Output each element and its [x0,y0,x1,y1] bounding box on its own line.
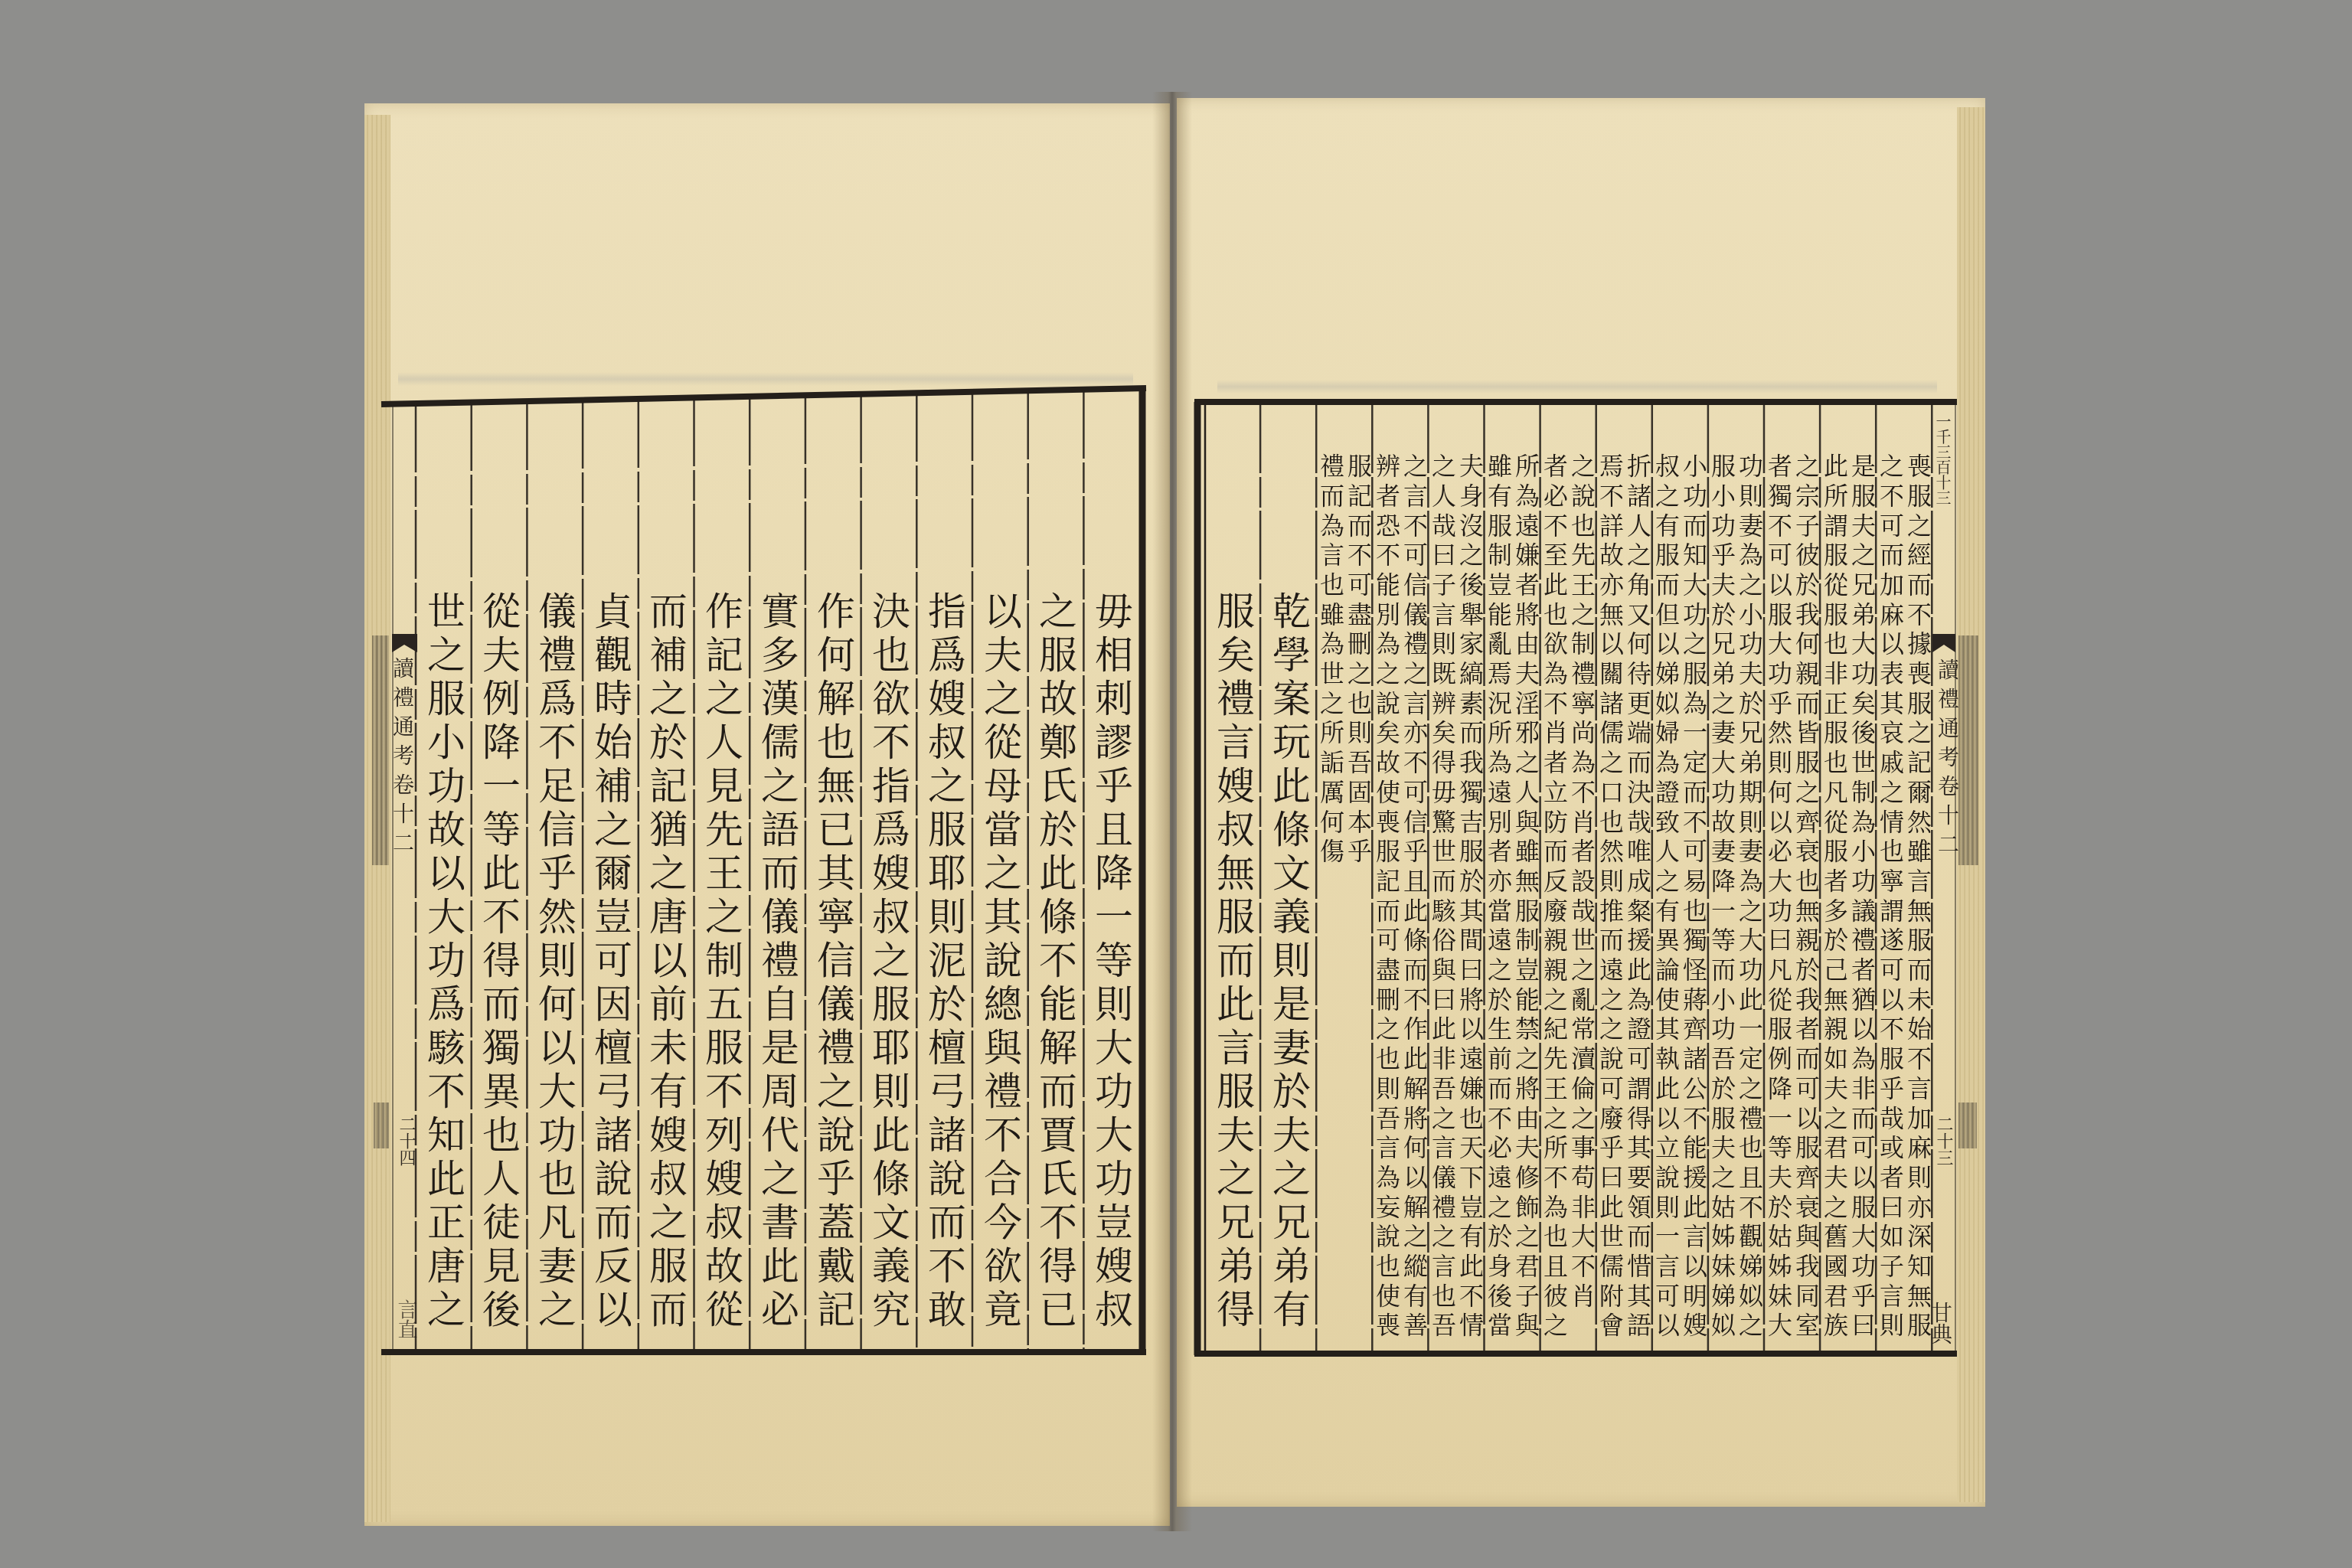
text-column: 毋相刺謬乎且降一等則大功大功豈嫂叔 [1092,591,1130,1333]
small-text-line: 喪服之經而不據喪服之記爾然雖言無服而未始不言加麻則亦深知無服 [1906,453,1930,1342]
text-column: 服矣禮言嫂叔無服而此言服夫之兄弟得 [1214,591,1252,1333]
text-column: 從夫例降一等此不得而獨異也人徒見後 [479,591,518,1333]
small-text-line: 雖有服制豈能亂焉況所為遠別者亦當遠之於生前而不必遠之於身後當 [1486,453,1511,1342]
small-text-line: 是服夫之兄弟大功矣後世制為小功議禮者猶以為非而可以服大功乎曰 [1850,453,1874,1342]
right-page-number: 二十三 [1935,1116,1952,1166]
left-fish-tail-icon [392,634,417,652]
text-column: 儀禮爲不足信乎然則何以大功也凡妻之 [535,591,573,1333]
small-text-line: 折諸人之角又何待更端而決哉唯成粲援此為證可謂得其要領而惜其語 [1625,453,1650,1342]
text-column: 作記之人見先王之制五服不列嫂叔故從 [702,591,740,1333]
right-margin-title: 讀禮通考卷十二 [1936,658,1958,862]
text-column: 貞觀時始補之爾豈可因檀弓諸說而反以 [591,591,629,1333]
small-text-line: 之不可而加麻以表其哀戚之情也寧謂遂可以不服乎哉或者曰如子言則 [1878,453,1903,1342]
small-text-line: 者獨不可以服大功乎然則何以必大功曰凡從服例降一等夫於姑姊妹大 [1766,453,1791,1342]
small-text-line: 所為遠嫌者將由夫淫邪之人與雖無服制豈能禁之將由夫修飾之君子與 [1514,453,1538,1342]
small-text-line: 服記而不可盡刪之也則吾固本乎 [1346,453,1370,868]
small-text-line: 焉不詳故亦無以關諸儒之口也然則推而遠之之說可廢乎曰此世儒附會 [1598,453,1622,1342]
text-column: 以夫之從母當之其說總與禮不合今欲竟 [981,591,1019,1333]
small-text-line: 辨者恐不能別為之說矣故使喪服記而可盡刪之也則吾言為妄說也使喪 [1374,453,1399,1342]
right-top-annotation: 一千三百十三 [1935,413,1950,505]
small-text-line: 此所謂服從服也非正服也凡從服者多於己無親如夫之君夫之舊國君族 [1822,453,1847,1342]
left-page-number: 二十四 [397,1116,414,1166]
text-column: 決也欲不指爲嫂叔之服耶則此條文義究 [869,591,907,1333]
text-column: 之服故鄭氏於此條不能解而賈氏不得已 [1036,591,1074,1333]
left-carver-mark: 言直 [396,1299,416,1339]
text-column: 世之服小功故以大功爲駭不知此正唐之 [424,591,462,1333]
small-text-line: 夫身沒之後舉家縞素而我獨吉服於其間曰將以遠嫌也天下豈有此不情 [1458,453,1482,1342]
small-text-line: 之人哉曰子言則既辨矣得毋驚世而駭俗與曰此非吾之言儀禮之言也吾 [1430,453,1455,1342]
small-text-line: 之宗子彼於我何親而皆服之齊衰也無親於我者而可以服齊衰與我同室 [1794,453,1818,1342]
text-column: 指爲嫂叔之服耶則泥於檀弓諸說而不敢 [925,591,963,1333]
text-column: 而補之於記猶之唐以前未有嫂叔之服而 [646,591,684,1333]
small-text-line: 之言不可信儀禮之言亦不可信乎且此條而不作此解將何以解之縱有善 [1402,453,1426,1342]
small-text-line: 小功而知大功之服為一定而不可易也獨怪蔣齊諸公不能援此言以明嫂 [1681,453,1706,1342]
right-fish-tail-icon [1932,634,1955,652]
small-text-line: 之說也先王之制禮寧尚為不肖者設哉世之亂常瀆倫之事苟非大不肖 [1570,453,1594,1312]
small-text-line: 功則妻為之小功夫於兄弟期則妻為之大功此一定之禮也且不觀娣姒之 [1737,453,1762,1342]
text-column: 乾學案玩此條文義則是妻於夫之兄弟有 [1269,591,1308,1333]
small-text-line: 禮而為言也雖為世之所詬厲何傷 [1318,453,1343,868]
text-column: 實多漢儒之語而儀禮自是周代之書此必 [758,591,796,1333]
text-column: 作何解也無已其寧信儀禮之說乎蓋戴記 [814,591,852,1333]
printed-frame-lines [0,0,2352,1568]
left-margin-title: 讀禮通考卷十二 [391,657,413,861]
small-text-line: 者必不至此也欲為不肖者立防而反廢親親之紀先王之所不為也且彼之 [1542,453,1566,1342]
small-text-line: 服小功乎夫於兄弟之妻大功故妻降一等而小功吾於服夫之姑姊妹娣姒 [1710,453,1734,1342]
right-carver-mark: 甘典 [1929,1302,1951,1344]
small-text-line: 叔之有服而但以娣姒婦為證致人之有異論使其執此以立說則一言可以 [1654,453,1678,1342]
